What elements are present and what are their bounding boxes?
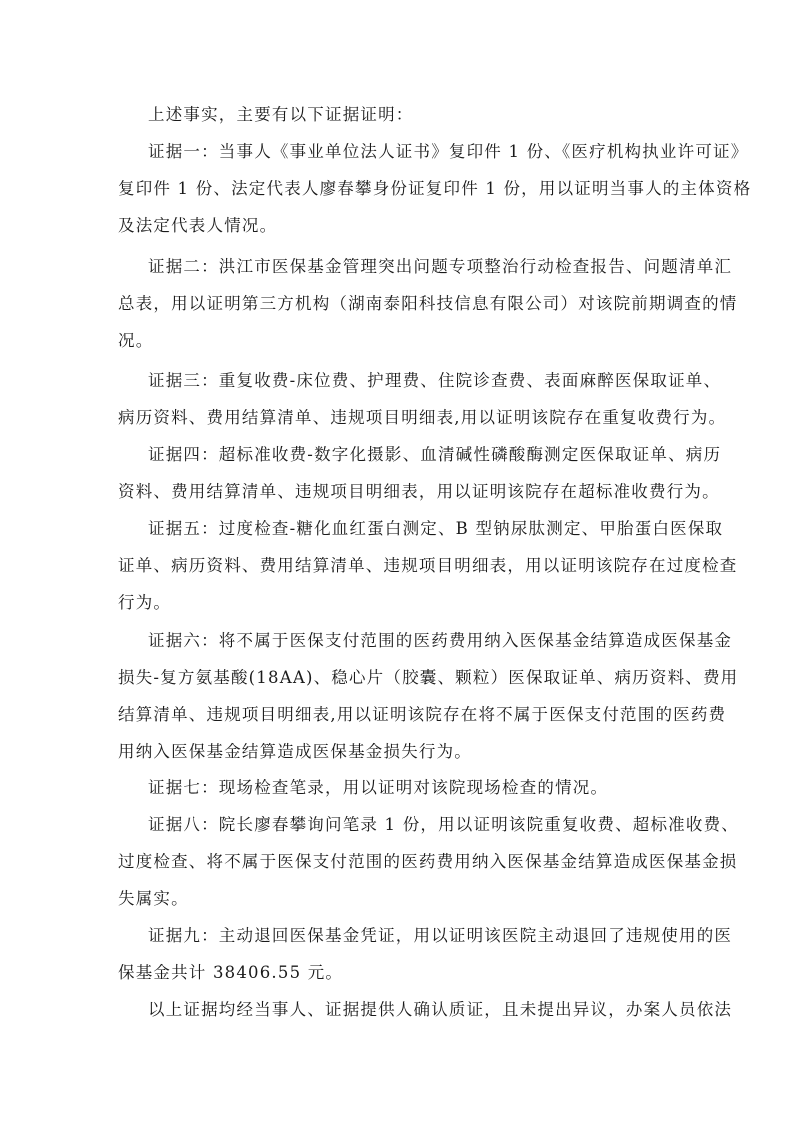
text-line: 资料、费用结算清单、违规项目明细表，用以证明该院存在超标准收费行为。 bbox=[118, 482, 678, 502]
text-line: 及法定代表人情况。 bbox=[118, 216, 678, 236]
text-line: 况。 bbox=[118, 331, 678, 351]
text-line: 证据三：重复收费-床位费、护理费、住院诊查费、表面麻醉医保取证单、 bbox=[148, 371, 678, 391]
text-line: 行为。 bbox=[118, 593, 678, 613]
text-line: 病历资料、费用结算清单、违规项目明细表,用以证明该院存在重复收费行为。 bbox=[118, 408, 678, 428]
text-line: 结算清单、违规项目明细表,用以证明该院存在将不属于医保支付范围的医药费 bbox=[118, 705, 678, 725]
text-line: 证单、病历资料、费用结算清单、违规项目明细表，用以证明该院存在过度检查 bbox=[118, 556, 678, 576]
text-line: 损失-复方氨基酸(18AA)、稳心片（胶囊、颗粒）医保取证单、病历资料、费用 bbox=[118, 668, 678, 688]
text-line: 保基金共计 38406.55 元。 bbox=[118, 963, 678, 983]
document-page: 上述事实，主要有以下证据证明： 证据一：当事人《事业单位法人证书》复印件 1 份… bbox=[0, 0, 793, 1122]
text-line: 证据六：将不属于医保支付范围的医药费用纳入医保基金结算造成医保基金 bbox=[148, 631, 678, 651]
text-line: 证据八：院长廖春攀询问笔录 1 份，用以证明该院重复收费、超标准收费、 bbox=[148, 815, 678, 835]
text-line: 上述事实，主要有以下证据证明： bbox=[148, 105, 678, 125]
text-line: 证据二：洪江市医保基金管理突出问题专项整治行动检查报告、问题清单汇 bbox=[148, 257, 678, 277]
text-line: 失属实。 bbox=[118, 889, 678, 909]
text-line: 过度检查、将不属于医保支付范围的医药费用纳入医保基金结算造成医保基金损 bbox=[118, 852, 678, 872]
text-line: 以上证据均经当事人、证据提供人确认质证，且未提出异议，办案人员依法 bbox=[148, 1000, 678, 1020]
text-line: 复印件 1 份、法定代表人廖春攀身份证复印件 1 份，用以证明当事人的主体资格 bbox=[118, 179, 678, 199]
text-line: 用纳入医保基金结算造成医保基金损失行为。 bbox=[118, 742, 678, 762]
text-line: 证据四：超标准收费-数字化摄影、血清碱性磷酸酶测定医保取证单、病历 bbox=[148, 445, 678, 465]
text-line: 证据九：主动退回医保基金凭证，用以证明该医院主动退回了违规使用的医 bbox=[148, 926, 678, 946]
text-line: 证据七：现场检查笔录，用以证明对该院现场检查的情况。 bbox=[148, 778, 678, 798]
text-line: 证据一：当事人《事业单位法人证书》复印件 1 份、《医疗机构执业许可证》 bbox=[148, 142, 678, 162]
text-line: 总表，用以证明第三方机构（湖南泰阳科技信息有限公司）对该院前期调查的情 bbox=[118, 294, 678, 314]
text-line: 证据五：过度检查-糖化血红蛋白测定、B 型钠尿肽测定、甲胎蛋白医保取 bbox=[148, 519, 678, 539]
